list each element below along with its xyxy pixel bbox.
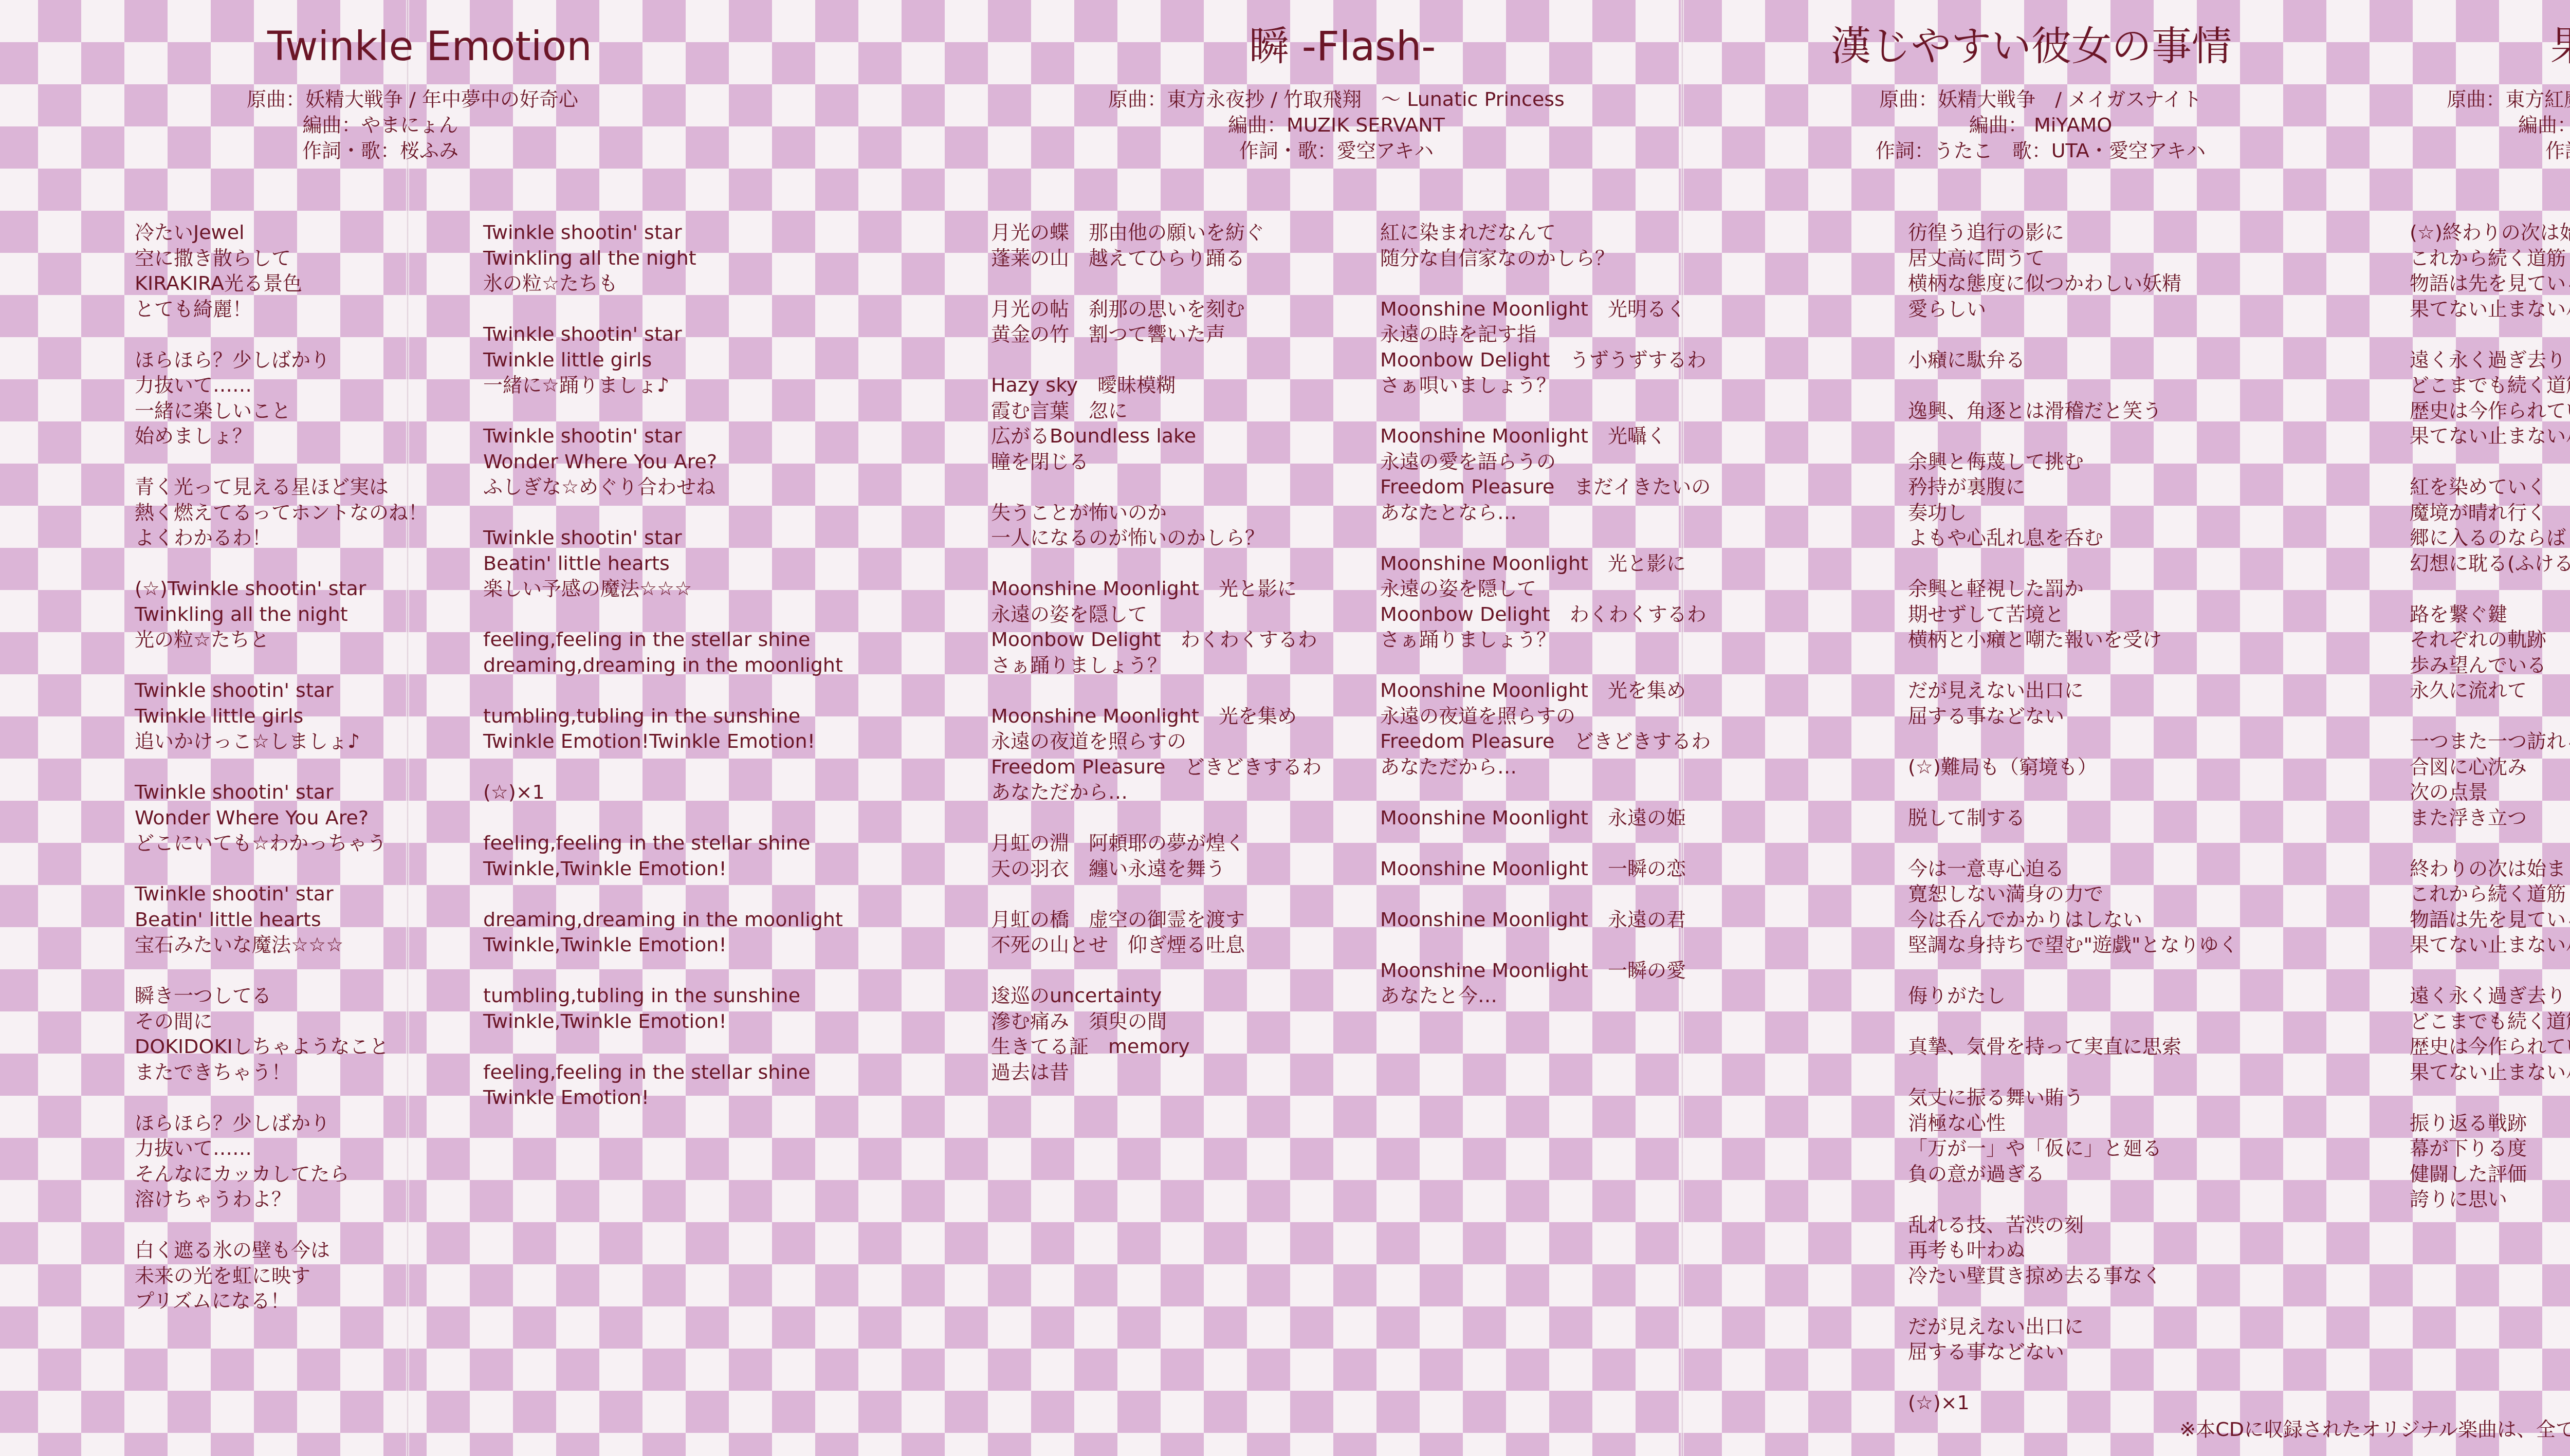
lyric-line: 次の点景 xyxy=(2410,780,2570,805)
lyric-line: (☆)Twinkle shootin' star xyxy=(135,576,428,602)
lyrics-column: 月光の蝶 那由他の願いを紡ぐ蓬莱の山 越えてひらり踊る月光の帖 刹那の思いを刻む… xyxy=(991,220,1321,1111)
lyric-line: とても綺麗！ xyxy=(135,297,428,322)
lyric-line: 期せずして苦境と xyxy=(1908,602,2238,628)
lyric-line: 永遠の夜道を照らすの xyxy=(1380,704,1711,729)
lyric-line: 健闘した評価 xyxy=(2410,1162,2570,1187)
lyric-stanza: Moonshine Moonlight 光明るく永遠の時を記す指Moonbow … xyxy=(1380,297,1711,398)
lyric-line: ふしぎな☆めぐり合わせね xyxy=(483,474,843,500)
song-credits: 原曲：妖精大戦争 / メイガスナイト 編曲： MiYAMO 作詞：うたこ 歌：U… xyxy=(1861,86,2220,163)
lyric-line: 黄金の竹 割つて響いた声 xyxy=(991,322,1321,347)
lyric-line: Twinkle shootin' star xyxy=(483,322,843,347)
lyric-stanza: (☆)Twinkle shootin' starTwinkling all th… xyxy=(135,576,428,653)
lyric-line: Beatin' little hearts xyxy=(483,551,843,577)
lyric-line: Wonder Where You Are? xyxy=(483,449,843,475)
lyric-line: 気丈に振る舞い賄う xyxy=(1908,1085,2238,1111)
lyric-line: (☆)×1 xyxy=(483,780,843,805)
lyric-line: 振り返る戦跡 xyxy=(2410,1111,2570,1136)
lyric-stanza: feeling,feeling in the stellar shinedrea… xyxy=(483,627,843,678)
song-title: 漢じやすい彼女の事情 xyxy=(1831,27,2232,67)
lyric-stanza: 白く遮る氷の壁も今は未来の光を虹に映すプリズムになる！ xyxy=(135,1238,428,1314)
lyric-line: Twinkle,Twinkle Emotion! xyxy=(483,1009,843,1035)
lyric-stanza: 遠く永く過ぎ去りし日々どこまでも続く道筋歴史は今作られている果てない止まない尽き… xyxy=(2410,983,2570,1085)
lyric-stanza: だが見えない出口に屈する事などない xyxy=(1908,1314,2238,1365)
lyric-line: 屈する事などない xyxy=(1908,704,2238,729)
lyric-line: 今は呑んでかかりはしない xyxy=(1908,907,2238,933)
lyric-line: Moonshine Moonlight 光を集め xyxy=(991,704,1321,729)
lyric-line: これから続く道筋 xyxy=(2410,881,2570,907)
lyric-line: 月虹の橋 虚空の御霊を渡す xyxy=(991,907,1321,933)
lyric-line: 生きてる証 memory xyxy=(991,1034,1321,1060)
lyric-line: 永遠の夜道を照らすの xyxy=(991,729,1321,754)
lyric-line: 随分な自信家なのかしら？ xyxy=(1380,246,1711,271)
credit-lyrics-vocals: 作詞：うたこ 歌：UTA xyxy=(2447,138,2570,163)
lyric-line: さぁ唄いましょう？ xyxy=(1380,373,1711,398)
lyric-stanza: Twinkle shootin' starTwinkling all the n… xyxy=(483,220,843,297)
lyric-line: feeling,feeling in the stellar shine xyxy=(483,627,843,653)
lyric-stanza: feeling,feeling in the stellar shineTwin… xyxy=(483,831,843,881)
lyric-stanza: ほらほら？少しばかり力抜いて……一緒に楽しいこと始めましょ？ xyxy=(135,347,428,449)
lyric-stanza: Moonshine Moonlight 光と影に永遠の姿を隠してMoonbow … xyxy=(991,576,1321,678)
lyric-line: Moonbow Delight わくわくするわ xyxy=(991,627,1321,653)
lyric-line: 光の粒☆たちと xyxy=(135,627,428,653)
song-credits: 原曲：東方紅魔郷 / 紅楼 ～ Eastern Dream... 編曲：やまにょ… xyxy=(2447,86,2570,163)
lyric-line: 物語は先を見ている xyxy=(2410,907,2570,933)
lyric-line: 溶けちゃうわよ？ xyxy=(135,1187,428,1212)
lyric-line: Twinkle shootin' star xyxy=(135,881,428,907)
lyric-line: 横柄な態度に似つかわしい妖精 xyxy=(1908,271,2238,297)
lyric-line: 幻想に耽る(ふける) xyxy=(2410,551,2570,577)
lyric-line: 負の意が過ぎる xyxy=(1908,1162,2238,1187)
lyric-line: 不死の山とせ 仰ぎ煙る吐息 xyxy=(991,932,1321,958)
lyric-line: 果てない止まない尽きはしない xyxy=(2410,297,2570,322)
lyric-line: さぁ踊りましょう？ xyxy=(1380,627,1711,653)
lyric-line: ほらほら？少しばかり xyxy=(135,347,428,373)
lyric-line: それぞれの軌跡 xyxy=(2410,627,2570,653)
lyric-line: 熱く燃えてるってホントなのね！ xyxy=(135,500,428,526)
lyric-stanza: 今は一意専心迫る寛恕しない満身の力で今は呑んでかかりはしない堅調な身持ちで望む"… xyxy=(1908,856,2238,958)
lyric-line: 紅に染まれだなんて xyxy=(1380,220,1711,246)
lyric-line: 今は一意専心迫る xyxy=(1908,856,2238,882)
lyric-line: 逡巡のuncertainty xyxy=(991,983,1321,1009)
lyric-line: 天の羽衣 纏い永遠を舞う xyxy=(991,856,1321,882)
lyric-line: Twinkle Emotion! xyxy=(483,1085,843,1111)
lyric-stanza: 気丈に振る舞い賄う消極な心性「万が一」や「仮に」と廻る負の意が過ぎる xyxy=(1908,1085,2238,1187)
lyric-stanza: 乱れる技、苦渋の刻再考も叶わぬ冷たい壁貫き掠め去る事なく xyxy=(1908,1212,2238,1289)
lyric-stanza: 月光の蝶 那由他の願いを紡ぐ蓬莱の山 越えてひらり踊る xyxy=(991,220,1321,271)
lyric-line: 楽しい予感の魔法☆☆☆ xyxy=(483,576,843,602)
footer-note: ※本CDに収録されたオリジナル楽曲は、全てZUN氏（東方Project / 上海… xyxy=(2179,1413,2570,1442)
lyric-line: どこまでも続く道筋 xyxy=(2410,1009,2570,1035)
lyric-line: DOKIDOKIしちゃようなこと xyxy=(135,1034,428,1060)
lyric-line: またできちゃう！ xyxy=(135,1060,428,1085)
lyric-line: (☆)難局も（窮境も） xyxy=(1908,754,2238,780)
lyric-line: Moonshine Moonlight 光囁く xyxy=(1380,423,1711,449)
lyric-line: 果てない止まない尽きはしない xyxy=(2410,1060,2570,1085)
lyric-line: 失うことが怖いのか xyxy=(991,500,1321,526)
lyric-stanza: 脱して制する xyxy=(1908,805,2238,831)
credit-lyrics-vocals: 作詞・歌：愛空アキハ xyxy=(1079,138,1593,163)
lyric-line: 余興と軽視した罰か xyxy=(1908,576,2238,602)
lyric-line: 追いかけっこ☆しましょ♪ xyxy=(135,729,428,754)
credit-arrangement: 編曲：MUZIK SERVANT xyxy=(1079,112,1593,138)
lyric-line: 永遠の時を記す指 xyxy=(1380,322,1711,347)
lyric-stanza: 終わりの次は始まりだとこれから続く道筋物語は先を見ている果てない止まない尽きはし… xyxy=(2410,856,2570,958)
lyric-stanza: Twinkle shootin' starTwinkle little girl… xyxy=(135,678,428,754)
song-credits: 原曲：妖精大戦争 / 年中夢中の好奇心 編曲：やまにょん 作詞・歌：桜ふみ xyxy=(247,86,514,163)
lyric-stanza: 逸興、角逐とは滑稽だと笑う xyxy=(1908,398,2238,424)
lyric-line: 霞む言葉 忽に xyxy=(991,398,1321,424)
lyric-line: 郷に入るのならば xyxy=(2410,525,2570,551)
lyric-line: 「万が一」や「仮に」と廻る xyxy=(1908,1136,2238,1162)
lyric-line: Moonshine Moonlight 光明るく xyxy=(1380,297,1711,322)
lyrics-column: 冷たいJewel空に撒き散らしてKIRAKIRA光る景色とても綺麗！ほらほら？少… xyxy=(135,220,428,1339)
song-credits: 原曲：東方永夜抄 / 竹取飛翔 ～ Lunatic Princess 編曲：MU… xyxy=(1079,86,1593,163)
lyric-line: Freedom Pleasure どきどきするわ xyxy=(1380,729,1711,754)
lyric-line: Wonder Where You Are? xyxy=(135,805,428,831)
lyric-line: 乱れる技、苦渋の刻 xyxy=(1908,1212,2238,1238)
lyric-line: 力抜いて…… xyxy=(135,373,428,398)
lyric-line: その間に xyxy=(135,1009,428,1035)
lyric-line: 路を繋ぐ鍵 xyxy=(2410,602,2570,628)
lyric-line: Moonshine Moonlight 一瞬の恋 xyxy=(1380,856,1711,882)
lyrics-column: 紅に染まれだなんて随分な自信家なのかしら？Moonshine Moonlight… xyxy=(1380,220,1711,1034)
lyric-line: Moonshine Moonlight 光と影に xyxy=(1380,551,1711,577)
lyric-line: 始めましょ？ xyxy=(135,423,428,449)
lyric-line: Twinkling all the night xyxy=(135,602,428,628)
lyric-stanza: ほらほら？少しばかり力抜いて……そんなにカッカしてたら溶けちゃうわよ？ xyxy=(135,1111,428,1212)
credit-original: 原曲：妖精大戦争 / メイガスナイト xyxy=(1861,86,2220,112)
lyric-line: feeling,feeling in the stellar shine xyxy=(483,831,843,856)
lyric-line: どこにいても☆わかっちゃう xyxy=(135,831,428,856)
lyric-stanza: 彷徨う追行の影に居丈高に問うて横柄な態度に似つかわしい妖精愛らしい xyxy=(1908,220,2238,322)
lyric-line: あなただから… xyxy=(991,780,1321,805)
lyric-line: 合図に心沈み xyxy=(2410,754,2570,780)
lyric-line: Freedom Pleasure どきどきするわ xyxy=(991,754,1321,780)
lyric-stanza: 侮りがたし xyxy=(1908,983,2238,1009)
lyric-line: Moonshine Moonlight 光と影に xyxy=(991,576,1321,602)
lyric-line: 永遠の姿を隠して xyxy=(991,602,1321,628)
lyric-line: 瞳を閉じる xyxy=(991,449,1321,475)
lyric-line: さぁ踊りましょう？ xyxy=(991,653,1321,678)
lyric-line: また浮き立つ xyxy=(2410,805,2570,831)
lyric-stanza: 月虹の橋 虚空の御霊を渡す不死の山とせ 仰ぎ煙る吐息 xyxy=(991,907,1321,958)
lyric-stanza: Moonshine Moonlight 光と影に永遠の姿を隠してMoonbow … xyxy=(1380,551,1711,653)
lyric-line: (☆)×1 xyxy=(1908,1390,2238,1416)
lyric-stanza: Moonshine Moonlight 光囁く永遠の愛を語らうのFreedom … xyxy=(1380,423,1711,525)
lyric-line: よもや心乱れ息を呑む xyxy=(1908,525,2238,551)
credit-arrangement: 編曲： MiYAMO xyxy=(1861,112,2220,138)
lyric-stanza: 紅に染まれだなんて随分な自信家なのかしら？ xyxy=(1380,220,1711,271)
lyric-line: 横柄と小癪と嘲た報いを受け xyxy=(1908,627,2238,653)
lyric-stanza: 一つまた一つ訪れる終局の合図に心沈み次の点景また浮き立つ xyxy=(2410,729,2570,831)
lyric-line: 瞬き一つしてる xyxy=(135,983,428,1009)
lyric-line: Moonbow Delight わくわくするわ xyxy=(1380,602,1711,628)
lyric-line: Twinkle little girls xyxy=(135,704,428,729)
lyric-line: 侮りがたし xyxy=(1908,983,2238,1009)
lyric-line: 過去は昔 xyxy=(991,1060,1321,1085)
lyric-line: 奏功し xyxy=(1908,500,2238,526)
lyric-line: 力抜いて…… xyxy=(135,1136,428,1162)
lyric-line: 空に撒き散らして xyxy=(135,246,428,271)
lyric-line: Moonshine Moonlight 永遠の姫 xyxy=(1380,805,1711,831)
lyric-line: 冷たい壁貫き掠め去る事なく xyxy=(1908,1263,2238,1289)
lyric-line: 白く遮る氷の壁も今は xyxy=(135,1238,428,1263)
lyric-stanza: Moonshine Moonlight 光を集め永遠の夜道を照らすのFreedo… xyxy=(1380,678,1711,780)
lyric-line: 再考も叶わぬ xyxy=(1908,1238,2238,1263)
lyric-line: Twinkle shootin' star xyxy=(483,525,843,551)
lyric-line: KIRAKIRA光る景色 xyxy=(135,271,428,297)
lyric-stanza: tumbling,tubling in the sunshineTwinkle … xyxy=(483,704,843,754)
lyric-line: 広がるBoundless lake xyxy=(991,423,1321,449)
song-title: Twinkle Emotion xyxy=(267,27,592,67)
lyric-line: 小癪に駄弁る xyxy=(1908,347,2238,373)
lyric-stanza: feeling,feeling in the stellar shineTwin… xyxy=(483,1060,843,1111)
lyric-stanza: tumbling,tubling in the sunshineTwinkle,… xyxy=(483,983,843,1034)
lyric-line: 果てない止まない尽きはしない xyxy=(2410,932,2570,958)
lyric-line: 蓬莱の山 越えてひらり踊る xyxy=(991,246,1321,271)
lyric-line: Hazy sky 曖昧模糊 xyxy=(991,373,1321,398)
lyric-stanza: (☆)終わりの次は始まりだとこれから続く道筋物語は先を見ている果てない止まない尽… xyxy=(2410,220,2570,322)
lyric-stanza: (☆)×1 xyxy=(483,780,843,805)
lyric-stanza: Twinkle shootin' starBeatin' little hear… xyxy=(135,881,428,958)
lyric-line: 幕が下りる度 xyxy=(2410,1136,2570,1162)
lyrics-column: 彷徨う追行の影に居丈高に問うて横柄な態度に似つかわしい妖精愛らしい小癪に駄弁る逸… xyxy=(1908,220,2238,1441)
lyric-stanza: (☆)×1 xyxy=(1908,1390,2238,1416)
song-title: 瞬 -Flash- xyxy=(1249,27,1436,67)
lyric-stanza: 小癪に駄弁る xyxy=(1908,347,2238,373)
lyric-stanza: 余興と軽視した罰か期せずして苦境と横柄と小癪と嘲た報いを受け xyxy=(1908,576,2238,653)
lyric-stanza: Moonshine Moonlight 一瞬の恋 xyxy=(1380,856,1711,882)
lyric-line: 居丈高に問うて xyxy=(1908,246,2238,271)
lyric-line: 紅を染めていく xyxy=(2410,474,2570,500)
lyric-line: 永久に流れて xyxy=(2410,678,2570,704)
lyric-line: Twinkle shootin' star xyxy=(483,423,843,449)
lyric-line: 逸興、角逐とは滑稽だと笑う xyxy=(1908,398,2238,424)
lyric-line: 歴史は今作られている xyxy=(2410,1034,2570,1060)
credit-lyrics-vocals: 作詞・歌：桜ふみ xyxy=(247,138,514,163)
lyric-line: 歴史は今作られている xyxy=(2410,398,2570,424)
lyric-line: 寛恕しない満身の力で xyxy=(1908,881,2238,907)
lyric-stanza: Moonshine Moonlight 一瞬の愛あなたと今… xyxy=(1380,958,1711,1009)
lyric-line: Twinkle little girls xyxy=(483,347,843,373)
lyric-stanza: Twinkle shootin' starBeatin' little hear… xyxy=(483,525,843,602)
credit-original: 原曲：東方紅魔郷 / 紅楼 ～ Eastern Dream... xyxy=(2447,86,2570,112)
lyric-line: Moonshine Moonlight 永遠の君 xyxy=(1380,907,1711,933)
lyric-line: よくわかるわ！ xyxy=(135,525,428,551)
lyric-line: ほらほら？少しばかり xyxy=(135,1111,428,1136)
lyric-line: 永遠の姿を隠して xyxy=(1380,576,1711,602)
lyric-stanza: 真摯、気骨を持って実直に思索 xyxy=(1908,1034,2238,1060)
credit-lyrics-vocals: 作詞：うたこ 歌：UTA・愛空アキハ xyxy=(1861,138,2220,163)
song-title: 果てしなき終端 xyxy=(2550,27,2570,67)
lyric-stanza: (☆)難局も（窮境も） xyxy=(1908,754,2238,780)
lyric-line: 誇りに思い xyxy=(2410,1187,2570,1212)
lyric-stanza: 遠く永く過ぎ去りし日々どこまでも続く道筋歴史は今作られている果てない止まない尽き… xyxy=(2410,347,2570,449)
lyric-stanza: だが見えない出口に屈する事などない xyxy=(1908,678,2238,729)
lyric-line: (☆)終わりの次は始まりだと xyxy=(2410,220,2570,246)
lyric-line: dreaming,dreaming in the moonlight xyxy=(483,907,843,933)
lyric-stanza: dreaming,dreaming in the moonlightTwinkl… xyxy=(483,907,843,958)
lyric-line: 真摯、気骨を持って実直に思索 xyxy=(1908,1034,2238,1060)
lyric-line: だが見えない出口に xyxy=(1908,1314,2238,1340)
lyric-stanza: 路を繋ぐ鍵それぞれの軌跡歩み望んでいる永久に流れて xyxy=(2410,602,2570,704)
lyric-line: プリズムになる！ xyxy=(135,1288,428,1314)
lyric-line: 堅調な身持ちで望む"遊戯"となりゆく xyxy=(1908,932,2238,958)
lyric-line: 歩み望んでいる xyxy=(2410,653,2570,678)
lyric-line: 愛らしい xyxy=(1908,297,2238,322)
lyric-line: 宝石みたいな魔法☆☆☆ xyxy=(135,932,428,958)
lyric-line: 遠く永く過ぎ去りし日々 xyxy=(2410,983,2570,1009)
lyric-line: Twinkle Emotion!Twinkle Emotion! xyxy=(483,729,843,754)
lyric-line: 物語は先を見ている xyxy=(2410,271,2570,297)
lyric-line: Twinkle,Twinkle Emotion! xyxy=(483,856,843,882)
lyric-stanza: 青く光って見える星ほど実は熱く燃えてるってホントなのね！よくわかるわ！ xyxy=(135,474,428,551)
lyric-stanza: 逡巡のuncertainty滲む痛み 須臾の間生きてる証 memory過去は昔 xyxy=(991,983,1321,1085)
credit-arrangement: 編曲：やまにょん wtih ねっぴ xyxy=(2447,112,2570,138)
lyric-line: tumbling,tubling in the sunshine xyxy=(483,983,843,1009)
lyric-line: 永遠の愛を語らうの xyxy=(1380,449,1711,475)
lyric-line: 月光の蝶 那由他の願いを紡ぐ xyxy=(991,220,1321,246)
lyric-line: 彷徨う追行の影に xyxy=(1908,220,2238,246)
lyric-line: Twinkle shootin' star xyxy=(483,220,843,246)
lyric-stanza: Moonshine Moonlight 永遠の君 xyxy=(1380,907,1711,933)
lyric-line: 未来の光を虹に映す xyxy=(135,1263,428,1289)
lyric-line: tumbling,tubling in the sunshine xyxy=(483,704,843,729)
lyric-line: そんなにカッカしてたら xyxy=(135,1162,428,1187)
lyrics-column: (☆)終わりの次は始まりだとこれから続く道筋物語は先を見ている果てない止まない尽… xyxy=(2410,220,2570,1238)
lyric-stanza: 月光の帖 刹那の思いを刻む黄金の竹 割つて響いた声 xyxy=(991,297,1321,347)
lyric-line: 矜持が裏腹に xyxy=(1908,474,2238,500)
lyric-line: Twinkling all the night xyxy=(483,246,843,271)
lyric-stanza: Twinkle shootin' starWonder Where You Ar… xyxy=(135,780,428,856)
lyric-line: あなただから… xyxy=(1380,754,1711,780)
credit-original: 原曲：妖精大戦争 / 年中夢中の好奇心 xyxy=(247,86,514,112)
lyric-line: Twinkle shootin' star xyxy=(135,780,428,805)
lyric-stanza: 紅を染めていく魔境が晴れ行く郷に入るのならば幻想に耽る(ふける) xyxy=(2410,474,2570,576)
lyric-line: 一緒に楽しいこと xyxy=(135,398,428,424)
lyric-stanza: Hazy sky 曖昧模糊霞む言葉 忽に広がるBoundless lake瞳を閉… xyxy=(991,373,1321,474)
lyric-line: 終わりの次は始まりだと xyxy=(2410,856,2570,882)
lyric-line: 冷たいJewel xyxy=(135,220,428,246)
lyric-line: 果てない止まない尽きはしない xyxy=(2410,423,2570,449)
lyric-line: 脱して制する xyxy=(1908,805,2238,831)
credit-original: 原曲：東方永夜抄 / 竹取飛翔 ～ Lunatic Princess xyxy=(1079,86,1593,112)
lyric-stanza: 余興と侮蔑して挑む矜持が裏腹に奏功しよもや心乱れ息を呑む xyxy=(1908,449,2238,551)
lyric-line: dreaming,dreaming in the moonlight xyxy=(483,653,843,678)
lyric-line: feeling,feeling in the stellar shine xyxy=(483,1060,843,1085)
lyrics-column: Twinkle shootin' starTwinkling all the n… xyxy=(483,220,843,1136)
lyric-line: 魔境が晴れ行く xyxy=(2410,500,2570,526)
lyric-line: 滲む痛み 須臾の間 xyxy=(991,1009,1321,1035)
lyric-stanza: Moonshine Moonlight 光を集め永遠の夜道を照らすのFreedo… xyxy=(991,704,1321,805)
lyric-stanza: Twinkle shootin' starTwinkle little girl… xyxy=(483,322,843,398)
credit-arrangement: 編曲：やまにょん xyxy=(247,112,514,138)
lyric-stanza: 月虹の淵 阿頼耶の夢が煌く天の羽衣 纏い永遠を舞う xyxy=(991,831,1321,881)
lyric-line: どこまでも続く道筋 xyxy=(2410,373,2570,398)
lyric-line: これから続く道筋 xyxy=(2410,246,2570,271)
lyric-line: Moonshine Moonlight 光を集め xyxy=(1380,678,1711,704)
lyric-stanza: 振り返る戦跡幕が下りる度健闘した評価誇りに思い xyxy=(2410,1111,2570,1212)
lyric-line: Freedom Pleasure まだイきたいの xyxy=(1380,474,1711,500)
lyric-line: Twinkle,Twinkle Emotion! xyxy=(483,932,843,958)
lyric-line: 余興と侮蔑して挑む xyxy=(1908,449,2238,475)
lyric-line: 月光の帖 刹那の思いを刻む xyxy=(991,297,1321,322)
lyric-line: あなたと今… xyxy=(1380,983,1711,1009)
lyric-line: Moonbow Delight うずうずするわ xyxy=(1380,347,1711,373)
lyric-line: 青く光って見える星ほど実は xyxy=(135,474,428,500)
lyric-line: Twinkle shootin' star xyxy=(135,678,428,704)
lyric-line: 消極な心性 xyxy=(1908,1111,2238,1136)
lyric-stanza: Moonshine Moonlight 永遠の姫 xyxy=(1380,805,1711,831)
lyric-stanza: 冷たいJewel空に撒き散らしてKIRAKIRA光る景色とても綺麗！ xyxy=(135,220,428,322)
lyric-line: Beatin' little hearts xyxy=(135,907,428,933)
lyric-line: 遠く永く過ぎ去りし日々 xyxy=(2410,347,2570,373)
lyric-line: 氷の粒☆たちも xyxy=(483,271,843,297)
lyric-line: 月虹の淵 阿頼耶の夢が煌く xyxy=(991,831,1321,856)
lyric-line: 一緒に☆踊りましょ♪ xyxy=(483,373,843,398)
lyric-line: あなたとなら… xyxy=(1380,500,1711,526)
lyric-line: 屈する事などない xyxy=(1908,1339,2238,1365)
lyric-stanza: Twinkle shootin' starWonder Where You Ar… xyxy=(483,423,843,500)
lyric-line: Moonshine Moonlight 一瞬の愛 xyxy=(1380,958,1711,984)
lyric-stanza: 失うことが怖いのか一人になるのが怖いのかしら？ xyxy=(991,500,1321,551)
lyric-line: 一つまた一つ訪れる終局の xyxy=(2410,729,2570,754)
lyric-line: 一人になるのが怖いのかしら？ xyxy=(991,525,1321,551)
lyric-stanza: 瞬き一つしてるその間にDOKIDOKIしちゃようなことまたできちゃう！ xyxy=(135,983,428,1085)
lyric-line: だが見えない出口に xyxy=(1908,678,2238,704)
